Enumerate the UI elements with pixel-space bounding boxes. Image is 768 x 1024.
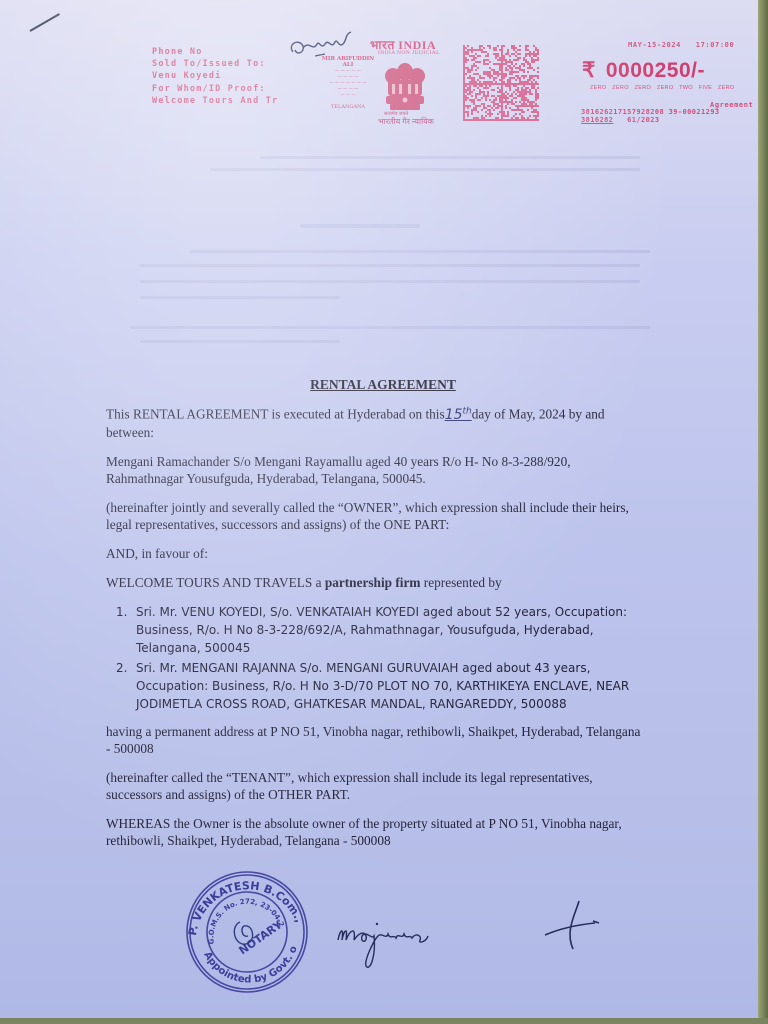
rupee-icon: ₹	[582, 59, 596, 82]
partner-text: Sri. Mr. VENU KOYEDI, S/o. VENKATAIAH KO…	[136, 605, 627, 655]
stamp-amount-words: ZERO ZERO ZERO ZERO TWO FIVE ZERO	[590, 85, 734, 91]
stamp-serial-rest: 61/2023	[627, 116, 659, 124]
and-in-favour: AND, in favour of:	[106, 545, 646, 562]
vendor-field-sold-to: Sold To/Issued To:	[152, 58, 278, 70]
list-item: 1.Sri. Mr. VENU KOYEDI, S/o. VENKATAIAH …	[106, 603, 646, 657]
partner-text: Sri. Mr. MENGANI RAJANNA S/o. MENGANI GU…	[136, 661, 629, 711]
partner-signature	[330, 900, 510, 980]
firm-name: WELCOME TOURS AND TRAVELS a	[106, 575, 325, 590]
datamatrix-code-icon	[463, 45, 539, 121]
e-stamp-header: Phone No Sold To/Issued To: Venu Koyedi …	[0, 0, 758, 140]
stamp-paper-page: Phone No Sold To/Issued To: Venu Koyedi …	[0, 0, 758, 1018]
tenant-clause: (hereinafter called the “TENANT”, which …	[106, 769, 646, 803]
background-bottom	[0, 1018, 768, 1024]
vendor-fields: Phone No Sold To/Issued To: Venu Koyedi …	[152, 46, 278, 107]
stamp-vendor-block: MIR ARIFUDDIN ALI — — — — — — — — — — — …	[318, 56, 378, 110]
emblem-footer: भारतीय गैर न्यायिक	[378, 116, 434, 127]
vendor-field-phone: Phone No	[152, 46, 278, 58]
notary-seal-icon: P. VENKATESH B.Com., LLB Appointed by Go…	[178, 866, 316, 996]
stamp-amount: ₹0000250/-	[582, 58, 705, 83]
document-title: RENTAL AGREEMENT	[120, 376, 646, 393]
stamp-amount-value: 0000250/-	[606, 59, 705, 82]
svg-text:NOTARY: NOTARY	[237, 918, 286, 958]
day-suffix: th	[463, 406, 472, 416]
agreement-body: RENTAL AGREEMENT This RENTAL AGREEMENT i…	[106, 376, 646, 861]
stamp-vendor-state: TELANGANA	[318, 104, 378, 110]
stamp-serial-line1: 381626217157928208 39-00021293	[581, 108, 719, 116]
handwritten-day: 15th	[445, 407, 472, 423]
partner-list: 1.Sri. Mr. VENU KOYEDI, S/o. VENKATAIAH …	[106, 603, 646, 713]
owner-clause: (hereinafter jointly and severally calle…	[106, 499, 646, 533]
intro-text-pre: This RENTAL AGREEMENT is executed at Hyd…	[106, 407, 445, 422]
whereas-clause: WHEREAS the Owner is the absolute owner …	[106, 815, 646, 849]
owner-initial-signature	[535, 895, 605, 955]
owner-paragraph: Mengani Ramachander S/o Mengani Rayamall…	[106, 453, 646, 487]
stamp-serial-underlined: 3816282	[581, 116, 613, 124]
firm-post: represented by	[420, 575, 501, 590]
stamp-serial-number: 381626217157928208 39-00021293 3816282 6…	[581, 108, 719, 124]
list-number: 2.	[116, 659, 127, 677]
intro-paragraph: This RENTAL AGREEMENT is executed at Hyd…	[106, 403, 646, 441]
stamp-datetime: MAY-15-2024 17:07:00	[628, 41, 734, 49]
day-number: 15	[445, 407, 463, 423]
background-edge	[758, 0, 768, 1024]
list-item: 2.Sri. Mr. MENGANI RAJANNA S/o. MENGANI …	[106, 659, 646, 713]
firm-type: partnership firm	[325, 575, 421, 590]
stamp-vendor-name: MIR ARIFUDDIN ALI	[318, 56, 378, 68]
vendor-field-buyer: Venu Koyedi	[152, 70, 278, 82]
vendor-field-beneficiary: Welcome Tours And Tr	[152, 95, 278, 107]
list-number: 1.	[116, 603, 127, 621]
stamp-subheader: INDIA NON JUDICIAL	[378, 50, 440, 56]
national-emblem-icon	[378, 58, 432, 114]
firm-paragraph: WELCOME TOURS AND TRAVELS a partnership …	[106, 574, 646, 591]
permanent-address: having a permanent address at P NO 51, V…	[106, 723, 646, 757]
vendor-field-for-whom: For Whom/ID Proof:	[152, 83, 278, 95]
